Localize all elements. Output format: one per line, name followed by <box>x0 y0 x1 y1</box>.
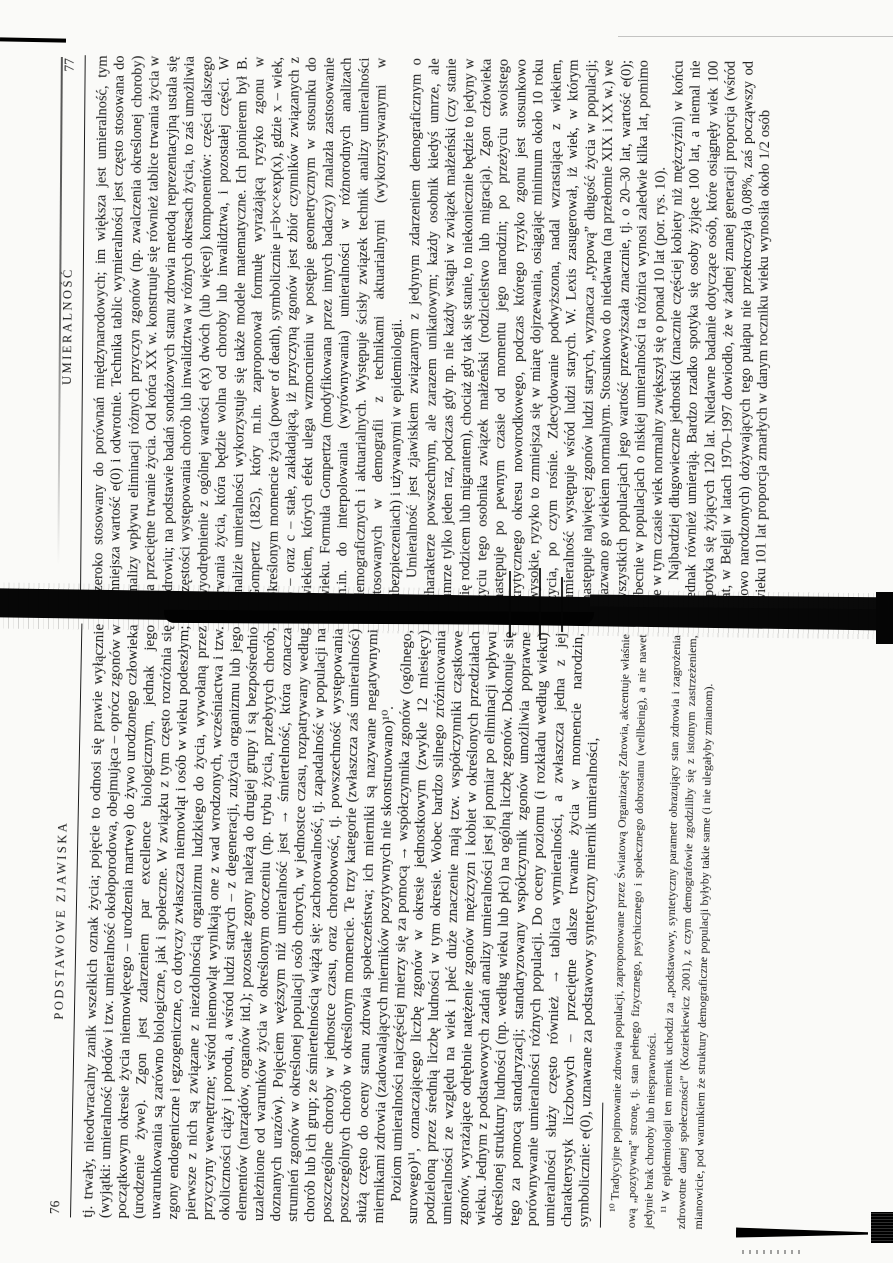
footnote-separator-rule <box>600 1103 603 1228</box>
page-76-running-head: 76 PODSTAWOWE ZJAWISKA <box>48 625 79 1215</box>
page-77: UMIERALNOŚĆ 77 szeroko stosowany do poró… <box>58 55 883 604</box>
gutter-noise <box>0 582 893 639</box>
body-paragraph: tj. trwały, nieodwracalny zanik wszelkic… <box>80 624 399 1224</box>
page-number-77: 77 <box>62 58 78 72</box>
footnote: ¹¹ W epidemiologii ten miernik uchodzi z… <box>656 635 718 1230</box>
scan-streak <box>561 577 563 632</box>
scan-artifact-top-left-line <box>0 37 66 42</box>
body-paragraph: szeroko stosowany do porównań międzynaro… <box>90 55 409 600</box>
running-head-title: PODSTAWOWE ZJAWISKA <box>52 821 70 1020</box>
scan-streak <box>509 571 511 637</box>
book-scan: UMIERALNOŚĆ 77 szeroko stosowany do poró… <box>0 0 893 1263</box>
scan-streak <box>539 568 541 640</box>
scan-artifact-bottom-right-mark <box>871 1212 893 1243</box>
body-paragraph: Najbardziej długowieczne jednostki (znac… <box>666 60 775 603</box>
scan-artifact-right-edge-mark <box>876 592 893 644</box>
page-76-body: tj. trwały, nieodwracalny zanik wszelkic… <box>80 624 604 1228</box>
body-paragraph: Poziom umieralności najczęściej mierzy s… <box>388 630 604 1228</box>
page-77-body: szeroko stosowany do porównań międzynaro… <box>90 55 775 603</box>
page-76: 76 PODSTAWOWE ZJAWISKA tj. trwały, nieod… <box>48 623 881 1233</box>
running-head-title: UMIERALNOŚĆ <box>60 267 75 385</box>
scan-artifact-bottom-dots <box>742 1250 802 1254</box>
page-number-76: 76 <box>47 1200 63 1214</box>
body-paragraph: Umieralność jest zjawiskiem związanym z … <box>404 58 671 602</box>
book-gutter-shadow <box>0 584 893 644</box>
scan-artifact-top-right-line <box>618 36 893 37</box>
page-76-footnotes: ¹⁰ Tradycyjne pojmowanie zdrowia populac… <box>606 634 719 1230</box>
